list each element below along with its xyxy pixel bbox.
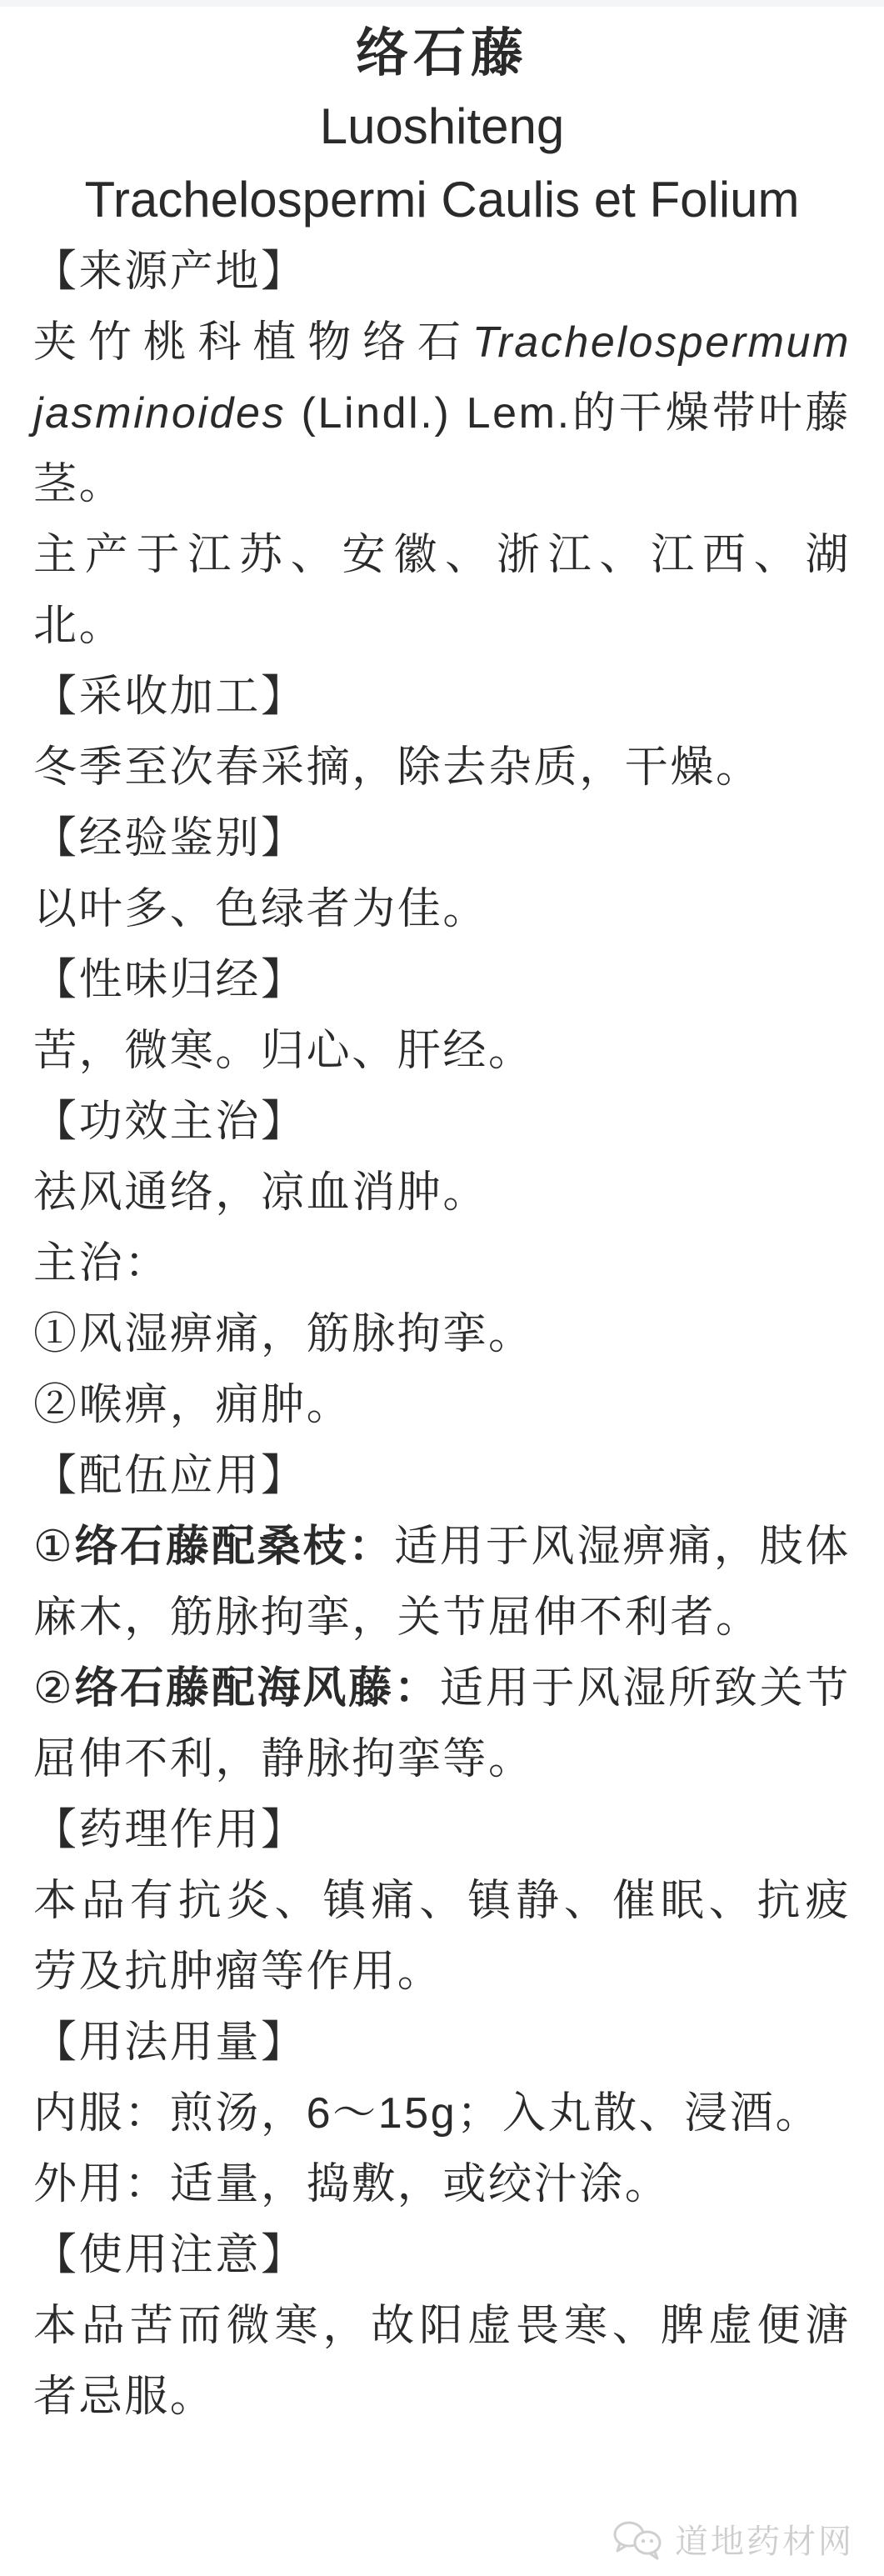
paragraph: 夹竹桃科植物络石Trachelospermum jasminoides (Lin… [33, 308, 851, 520]
section-header: 【药理作用】 [33, 1795, 851, 1866]
text-run: 主产于江苏、安徽、浙江、江西、湖北。 [33, 531, 851, 650]
text-run: ① [33, 1523, 74, 1571]
paragraph: 主产于江苏、安徽、浙江、江西、湖北。 [33, 520, 851, 662]
section-header: 【经验鉴别】 [33, 803, 851, 874]
paragraph: 祛风通络，凉血消肿。 [33, 1158, 851, 1228]
watermark: 道地药材网 [612, 2515, 854, 2563]
paragraph: 冬季至次春采摘，除去杂质，干燥。 [33, 733, 851, 803]
latin-title: Trachelospermi Caulis et Folium [33, 163, 851, 237]
paragraph: 外用：适量，捣敷，或绞汁涂。 [33, 2149, 851, 2220]
text-run: 祛风通络，凉血消肿。 [33, 1168, 488, 1217]
page: { "colors": { "background": "#ffffff", "… [0, 0, 884, 2576]
section-header: 【来源产地】 [33, 237, 851, 308]
paragraph: 以叶多、色绿者为佳。 [33, 874, 851, 945]
text-run: 络石藤配海风藤： [74, 1664, 439, 1713]
text-run: 苦，微寒。归心、肝经。 [33, 1027, 534, 1075]
paragraph: 主治： [33, 1228, 851, 1299]
page-title: 络石藤 [33, 17, 851, 90]
text-run: 以叶多、色绿者为佳。 [33, 885, 488, 933]
text-run: ②喉痹，痈肿。 [33, 1381, 352, 1429]
text-run: 夹竹桃科植物络石 [33, 318, 472, 367]
text-run: 本品苦而微寒，故阳虚畏寒、脾虚便溏者忌服。 [33, 2302, 851, 2421]
text-run: 外用：适量，捣敷，或绞汁涂。 [33, 2160, 670, 2208]
top-strip [0, 0, 884, 7]
paragraph: 本品有抗炎、镇痛、镇静、催眠、抗疲劳及抗肿瘤等作用。 [33, 1866, 851, 2008]
section-header: 【性味归经】 [33, 945, 851, 1016]
paragraph: 苦，微寒。归心、肝经。 [33, 1016, 851, 1087]
text-run: 络石藤配桑枝： [74, 1523, 394, 1571]
paragraph: 本品苦而微寒，故阳虚畏寒、脾虚便溏者忌服。 [33, 2291, 851, 2433]
text-run: ①风湿痹痛，筋脉拘挛。 [33, 1310, 534, 1358]
watermark-label: 道地药材网 [675, 2515, 854, 2563]
paragraph: ②络石藤配海风藤：适用于风湿所致关节屈伸不利，静脉拘挛等。 [33, 1653, 851, 1795]
pinyin-title: Luoshiteng [33, 90, 851, 163]
section-header: 【采收加工】 [33, 662, 851, 733]
paragraph: ①风湿痹痛，筋脉拘挛。 [33, 1299, 851, 1370]
text-run: 本品有抗炎、镇痛、镇静、催眠、抗疲劳及抗肿瘤等作用。 [33, 1877, 851, 1996]
text-run: ② [33, 1664, 74, 1713]
text-run: 冬季至次春采摘，除去杂质，干燥。 [33, 743, 762, 792]
paragraph: ①络石藤配桑枝：适用于风湿痹痛，肢体麻木，筋脉拘挛，关节屈伸不利者。 [33, 1512, 851, 1653]
article: 络石藤 Luoshiteng Trachelospermi Caulis et … [0, 0, 884, 2433]
section-header: 【使用注意】 [33, 2220, 851, 2291]
text-run: 内服：煎汤，6～15g；入丸散、浸酒。 [33, 2089, 821, 2138]
text-run: 主治： [33, 1239, 170, 1288]
section-header: 【用法用量】 [33, 2008, 851, 2078]
section-header: 【功效主治】 [33, 1087, 851, 1158]
section-header: 【配伍应用】 [33, 1441, 851, 1512]
paragraph: ②喉痹，痈肿。 [33, 1370, 851, 1441]
paragraph: 内服：煎汤，6～15g；入丸散、浸酒。 [33, 2078, 851, 2149]
chat-bubbles-icon [612, 2517, 667, 2562]
article-body: 【来源产地】夹竹桃科植物络石Trachelospermum jasminoide… [33, 237, 851, 2433]
